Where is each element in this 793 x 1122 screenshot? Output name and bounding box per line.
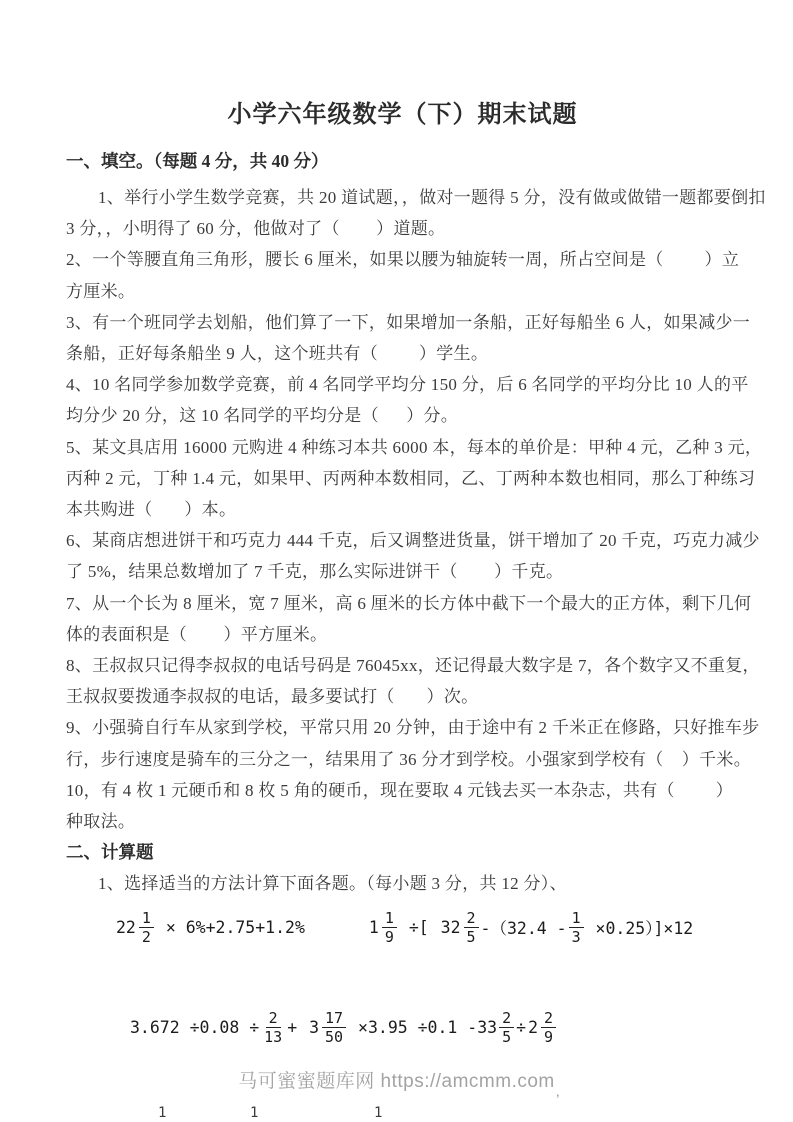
question-6-line-1: 6、某商店想进饼干和巧克力 444 千克，后又调整进货量，饼干增加了 20 千克… — [66, 525, 739, 556]
formula-text: ×0.25）]×12 — [586, 915, 694, 939]
fraction-denominator: 9 — [541, 1028, 556, 1046]
fraction-denominator: 3 — [569, 928, 584, 946]
fraction-denominator: 5 — [499, 1028, 514, 1046]
question-10-line-1: 10，有 4 枚 1 元硬币和 8 枚 5 角的硬币，现在要取 4 元钱去买一本… — [66, 775, 739, 806]
question-6-line-2: 了 5%，结果总数增加了 7 千克，那么实际进饼干（ ）千克。 — [66, 556, 739, 587]
fraction-stack: 1750 — [322, 1009, 346, 1046]
fraction-denominator: 13 — [261, 1028, 285, 1046]
fraction-whole-number: 2 — [528, 1018, 538, 1037]
fraction-whole-number: 22 — [116, 918, 136, 937]
cutoff-fragment-3: 1 — [374, 1105, 382, 1121]
formula-text: + — [287, 1018, 307, 1037]
question-5-line-2: 丙种 2 元，丁种 1.4 元，如果甲、丙两种本数相同，乙、丁两种本数也相同，那… — [66, 463, 739, 494]
fraction-numerator: 2 — [464, 909, 479, 928]
fraction-whole-number: 3 — [309, 1018, 319, 1037]
row1-expression-2: 119 ÷[ 3225-（32.4 -13 ×0.25）]×12 — [367, 909, 693, 946]
question-3-line-1: 3、有一个班同学去划船，他们算了一下，如果增加一条船，正好每船坐 6 人，如果减… — [66, 307, 739, 338]
fraction-numerator: 17 — [322, 1009, 346, 1028]
fraction-numerator: 1 — [139, 909, 154, 928]
formula-text: × 6%+2.75+1.2% — [156, 918, 305, 937]
exam-paper-page: 小学六年级数学（下）期末试题 一、填空。（每题 4 分，共 40 分） 1、举行… — [0, 0, 793, 1122]
question-5-line-1: 5、某文具店用 16000 元购进 4 种练习本共 6000 本，每本的单价是：… — [66, 432, 739, 463]
page-title: 小学六年级数学（下）期末试题 — [66, 98, 739, 132]
fraction: 25 — [499, 1009, 514, 1046]
calculation-formula-row-1: 2212 × 6%+2.75+1.2%119 ÷[ 3225-（32.4 -13… — [114, 899, 739, 955]
question-7-line-2: 体的表面积是（ ）平方厘米。 — [66, 619, 739, 650]
question-5-line-3: 本共购进（ ）本。 — [66, 494, 739, 525]
formula-text: ×3.95 ÷0.1 -33 — [348, 1018, 497, 1037]
fraction: 213 — [261, 1009, 285, 1046]
fraction: 229 — [528, 1009, 556, 1046]
fraction-numerator: 2 — [266, 1009, 281, 1028]
fraction-stack: 29 — [541, 1009, 556, 1046]
section2-heading: 二、计算题 — [66, 837, 739, 868]
section1-heading: 一、填空。（每题 4 分，共 40 分） — [66, 146, 739, 177]
calculation-formula-row-2: 3.672 ÷0.08 ÷213+ 31750 ×3.95 ÷0.1 -3325… — [130, 999, 739, 1055]
fraction: 119 — [369, 909, 397, 946]
page-content: 小学六年级数学（下）期末试题 一、填空。（每题 4 分，共 40 分） 1、举行… — [0, 0, 793, 1055]
section2-item1-instruction: 1、选择适当的方法计算下面各题。（每小题 3 分，共 12 分）、 — [66, 868, 739, 899]
fraction-denominator: 50 — [322, 1028, 346, 1046]
question-1-line-2: 3 分，，小明得了 60 分，他做对了（ ）道题。 — [66, 213, 739, 244]
question-9-line-1: 9、小强骑自行车从家到学校，平常只用 20 分钟，由于途中有 2 千米正在修路，… — [66, 712, 739, 743]
question-7-line-1: 7、从一个长为 8 厘米，宽 7 厘米，高 6 厘米的长方体中截下一个最大的正方… — [66, 588, 739, 619]
fraction: 13 — [569, 909, 584, 946]
question-2-line-1: 2、一个等腰直角三角形，腰长 6 厘米，如果以腰为轴旋转一周，所占空间是（ ）立 — [66, 244, 739, 275]
watermark-site-link: 马可蜜蜜题库网 https://amcmm.com — [0, 1066, 793, 1093]
cutoff-fragment-1: 1 — [158, 1105, 166, 1121]
fill-in-question-list: 1、举行小学生数学竞赛，共 20 道试题，，做对一题得 5 分，没有做或做错一题… — [66, 182, 739, 837]
question-4-line-1: 4、10 名同学参加数学竞赛，前 4 名同学平均分 150 分，后 6 名同学的… — [66, 369, 739, 400]
fraction-whole-number: 32 — [441, 918, 461, 937]
question-9-line-2: 行，步行速度是骑车的三分之一，结果用了 36 分才到学校。小强家到学校有（ ）千… — [66, 744, 739, 775]
fraction: 3225 — [441, 909, 479, 946]
fraction-denominator: 9 — [382, 928, 397, 946]
row2-expression-1: 3.672 ÷0.08 ÷213+ 31750 ×3.95 ÷0.1 -3325… — [130, 1009, 558, 1046]
fraction-stack: 12 — [139, 909, 154, 946]
fraction-numerator: 1 — [382, 909, 397, 928]
fraction: 2212 — [116, 909, 154, 946]
fraction-whole-number: 1 — [369, 918, 379, 937]
fraction: 31750 — [309, 1009, 346, 1046]
formula-text: 3.672 ÷0.08 ÷ — [130, 1018, 259, 1037]
fraction-numerator: 1 — [569, 909, 584, 928]
fraction-denominator: 2 — [139, 928, 154, 946]
question-8-line-1: 8、王叔叔只记得李叔叔的电话号码是 76045xx，还记得最大数字是 7，各个数… — [66, 650, 739, 681]
fraction-stack: 25 — [464, 909, 479, 946]
formula-text: ÷[ — [399, 918, 439, 937]
question-2-line-2: 方厘米。 — [66, 276, 739, 307]
watermark-tick-mark: , — [556, 1084, 560, 1099]
question-4-line-2: 均分少 20 分，这 10 名同学的平均分是（ ）分。 — [66, 400, 739, 431]
fraction-stack: 19 — [382, 909, 397, 946]
question-3-line-2: 条船，正好每条船坐 9 人，这个班共有（ ）学生。 — [66, 338, 739, 369]
fraction-numerator: 2 — [499, 1009, 514, 1028]
fraction-stack: 13 — [569, 909, 584, 946]
formula-text: ÷ — [516, 1018, 526, 1037]
row1-expression-1: 2212 × 6%+2.75+1.2% — [114, 909, 305, 946]
question-8-line-2: 王叔叔要拨通李叔叔的电话，最多要试打（ ）次。 — [66, 681, 739, 712]
fraction-denominator: 5 — [464, 928, 479, 946]
fraction-numerator: 2 — [541, 1009, 556, 1028]
question-10-line-2: 种取法。 — [66, 806, 739, 837]
fraction-stack: 25 — [499, 1009, 514, 1046]
formula-text: -（32.4 - — [481, 915, 567, 939]
cutoff-fragment-2: 1 — [250, 1105, 258, 1121]
fraction-stack: 213 — [261, 1009, 285, 1046]
question-1-line-1: 1、举行小学生数学竞赛，共 20 道试题，，做对一题得 5 分，没有做或做错一题… — [66, 182, 739, 213]
